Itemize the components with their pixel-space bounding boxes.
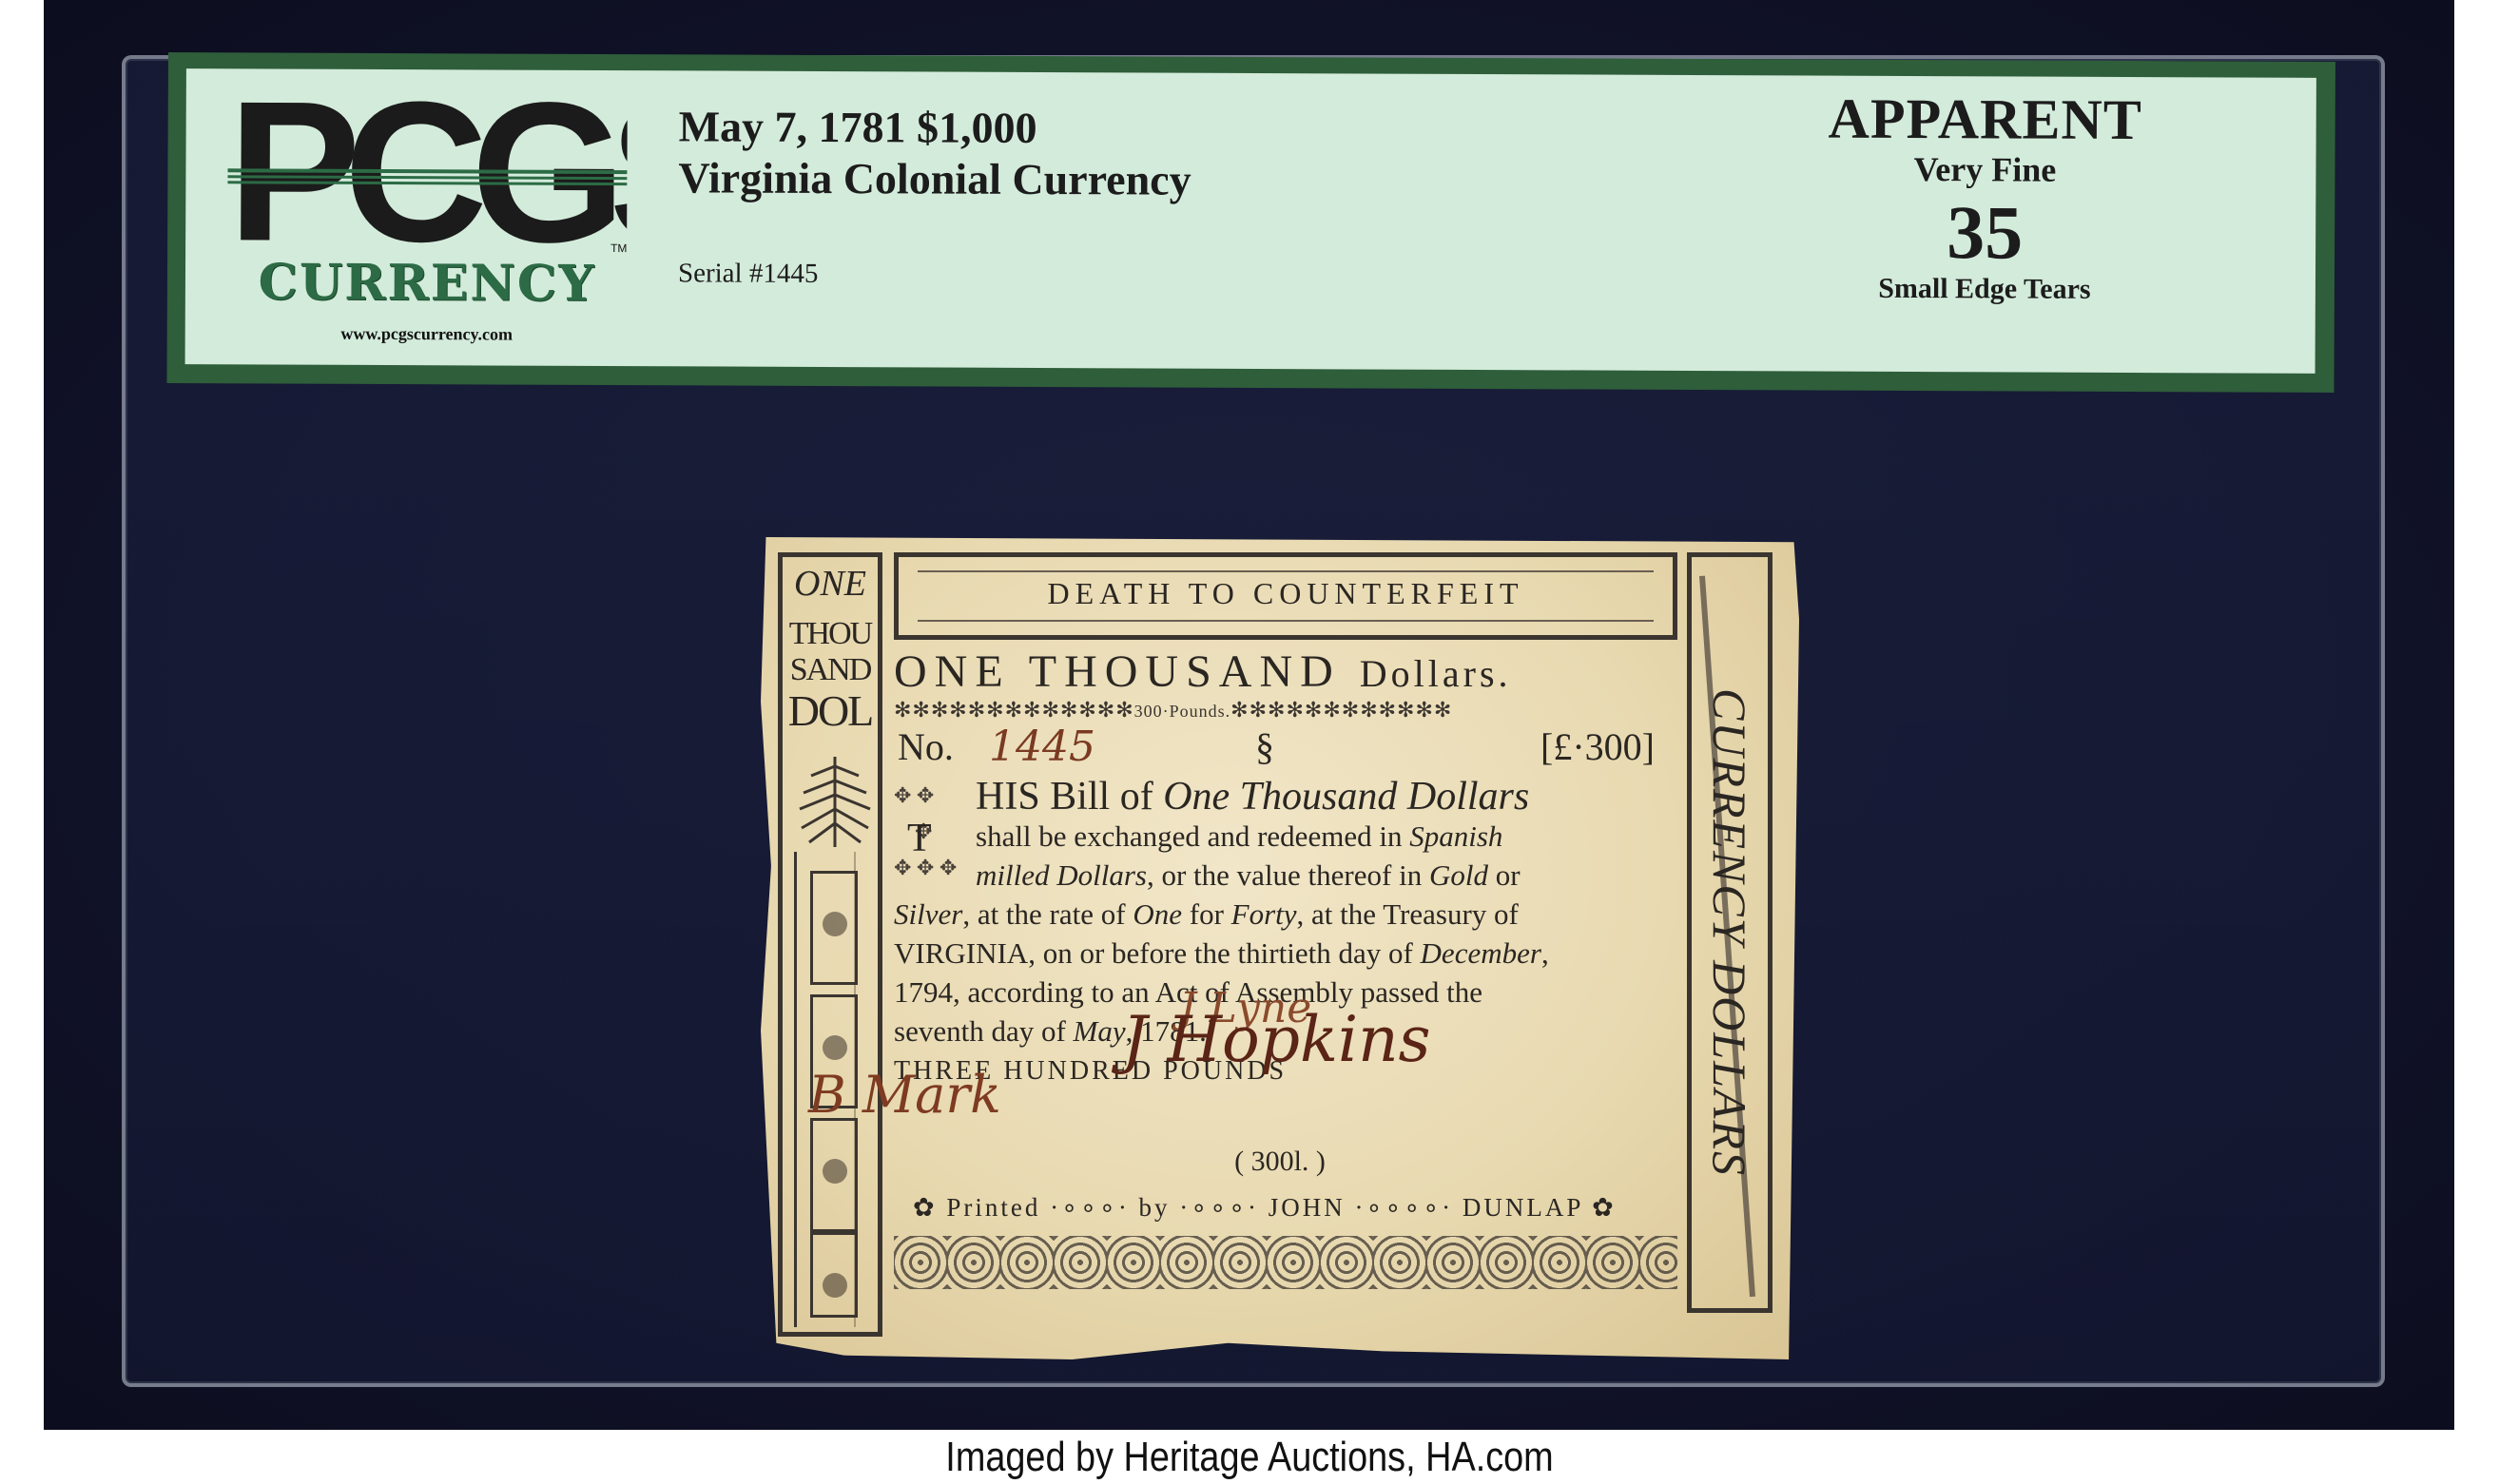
palm-tree-icon bbox=[792, 747, 878, 852]
serial-number: Serial #1445 bbox=[678, 258, 819, 290]
ornament-row: ✻✻✻✻✻✻✻✻✻✻✻✻✻300·Pounds.✻✻✻✻✻✻✻✻✻✻✻✻ bbox=[894, 698, 1677, 723]
body-text: HIS Bill of bbox=[976, 775, 1163, 819]
svg-text:PCGS: PCGS bbox=[227, 80, 628, 248]
signature-left: B Mark bbox=[808, 1065, 1001, 1125]
currency-wordmark: CURRENCY bbox=[227, 253, 627, 313]
scroll-border bbox=[894, 1236, 1677, 1289]
tower-door bbox=[810, 1232, 858, 1318]
body-text: , or the value thereof in bbox=[1147, 858, 1429, 892]
body-text: seventh day of bbox=[894, 1014, 1074, 1048]
left-column-dol: DOL bbox=[783, 688, 878, 734]
pound-amount: [£·300] bbox=[1540, 724, 1655, 769]
grading-label: PCGS CURRENCY TM www.pcgscurrency.com Ma… bbox=[166, 52, 2334, 393]
grade-qualifier: APPARENT bbox=[1776, 87, 2195, 151]
label-inner-panel: PCGS CURRENCY TM www.pcgscurrency.com Ma… bbox=[185, 68, 2316, 374]
rosette-ornaments: ✥ ✥ ✥✥ ✥ ✥ bbox=[894, 778, 970, 886]
ornament-right: ✻✻✻✻✻✻✻✻✻✻✻✻ bbox=[1230, 698, 1452, 722]
denomination-heading: ONE THOUSAND Dollars. bbox=[894, 646, 1677, 698]
body-text-italic: milled Dollars bbox=[976, 858, 1147, 892]
note-right-column: CURRENCY DOLLARS bbox=[1687, 552, 1773, 1313]
note-date-denomination: May 7, 1781 $1,000 bbox=[679, 101, 1037, 153]
number-label: No. bbox=[898, 724, 954, 769]
body-line: milled Dollars, or the value thereof in … bbox=[894, 856, 1677, 895]
motto-banner: DEATH TO COUNTERFEIT bbox=[894, 552, 1677, 640]
pcgs-currency-logo: PCGS CURRENCY TM www.pcgscurrency.com bbox=[227, 80, 632, 338]
left-column-thou: THOU bbox=[783, 616, 878, 652]
body-text: for bbox=[1182, 897, 1231, 931]
small-amount: ( 300l. ) bbox=[761, 1146, 1799, 1178]
body-text-italic: Gold bbox=[1429, 858, 1488, 892]
body-text: , at the Treasury of bbox=[1297, 897, 1519, 931]
ornament-left: ✻✻✻✻✻✻✻✻✻✻✻✻✻ bbox=[894, 698, 1134, 722]
body-text-italic: Forty bbox=[1231, 897, 1297, 931]
pounds-ornament-text: 300·Pounds. bbox=[1134, 702, 1231, 721]
denomination-tail: Dollars. bbox=[1360, 652, 1512, 695]
section-mark: § bbox=[1255, 724, 1274, 769]
banknote: ONE THOU SAND DOL DEATH TO COUNTERFEIT O… bbox=[761, 537, 1799, 1359]
body-text-italic: Spanish bbox=[1409, 819, 1502, 853]
left-column-thousand: THOU SAND DOL bbox=[783, 616, 878, 734]
body-line: Silver, at the rate of One for Forty, at… bbox=[894, 895, 1677, 934]
image-credit-caption: Imaged by Heritage Auctions, HA.com bbox=[175, 1430, 2324, 1484]
grade-description: Very Fine bbox=[1775, 149, 2194, 189]
body-text-italic: One bbox=[1133, 897, 1182, 931]
grade-block: APPARENT Very Fine 35 Small Edge Tears bbox=[1775, 75, 2195, 305]
body-text-italic: May bbox=[1074, 1014, 1126, 1048]
body-text: , bbox=[1541, 936, 1549, 970]
body-line: VIRGINIA, on or before the thirtieth day… bbox=[894, 934, 1677, 973]
motto-text: DEATH TO COUNTERFEIT bbox=[899, 576, 1673, 611]
printer-line: ✿ Printed ·∘∘∘· by ·∘∘∘· JOHN ·∘∘∘∘· DUN… bbox=[761, 1193, 1799, 1223]
left-column-one: ONE bbox=[783, 563, 878, 605]
pcgs-url: www.pcgscurrency.com bbox=[227, 323, 627, 345]
grade-comment: Small Edge Tears bbox=[1775, 273, 2194, 305]
pcgs-logo-icon: PCGS bbox=[227, 80, 628, 248]
currency-dollars-vertical: CURRENCY DOLLARS bbox=[1702, 571, 1757, 1294]
number-line: No. 1445 § [£·300] bbox=[894, 723, 1677, 778]
note-series: Virginia Colonial Currency bbox=[678, 152, 1191, 204]
drop-cap: T bbox=[907, 819, 932, 858]
trademark-symbol: TM bbox=[610, 241, 627, 255]
body-line: HIS Bill of One Thousand Dollars bbox=[894, 778, 1677, 817]
body-text: VIRGINIA, on or before the thirtieth day… bbox=[894, 936, 1421, 970]
handwritten-serial: 1445 bbox=[989, 723, 1095, 771]
body-text: or bbox=[1488, 858, 1521, 892]
denomination-main: ONE THOUSAND bbox=[894, 646, 1341, 697]
signature-right: J Hopkins bbox=[1122, 1003, 1430, 1076]
body-text-italic: Silver bbox=[894, 897, 962, 931]
body-text: shall be exchanged and redeemed in bbox=[976, 819, 1409, 853]
body-text-italic: One Thousand Dollars bbox=[1163, 775, 1529, 819]
body-text: , at the rate of bbox=[962, 897, 1133, 931]
tower-window bbox=[810, 871, 858, 985]
grade-number: 35 bbox=[1775, 191, 2194, 275]
body-line: shall be exchanged and redeemed in Spani… bbox=[894, 817, 1677, 856]
body-text-italic: December bbox=[1421, 936, 1541, 970]
left-column-sand: SAND bbox=[783, 652, 878, 688]
